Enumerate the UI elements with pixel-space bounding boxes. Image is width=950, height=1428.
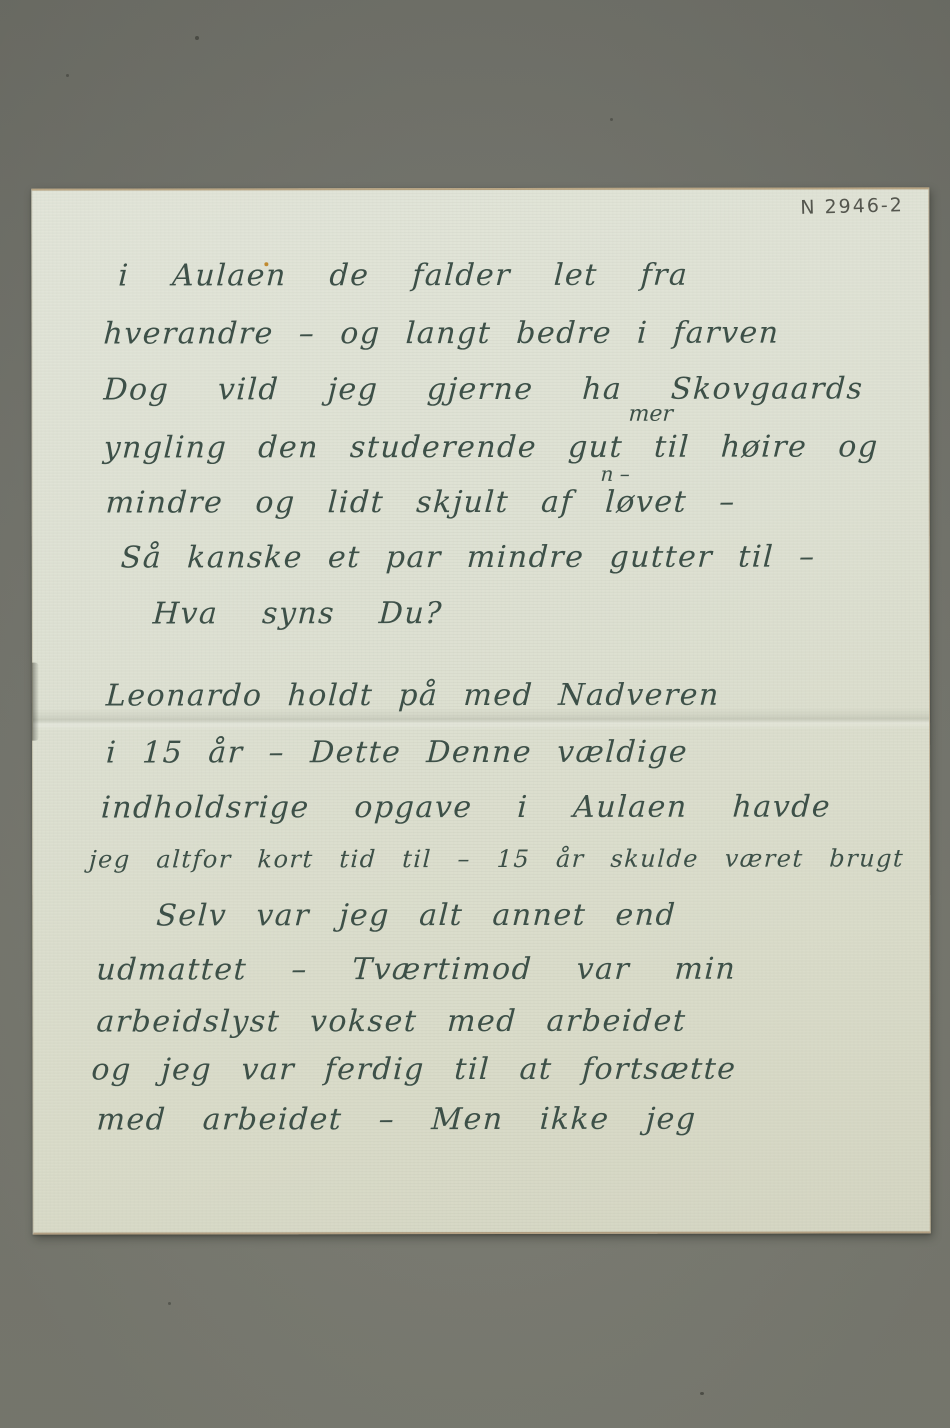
handwriting-line: og jeg var ferdig til at fortsætte	[91, 1052, 738, 1088]
handwriting-line: i 15 år – Dette Denne vældige	[105, 735, 677, 771]
letter-paper: N 2946-2 i Aulaen de falder let fra hver…	[31, 187, 930, 1234]
photo-background: N 2946-2 i Aulaen de falder let fra hver…	[0, 0, 950, 1428]
dust-speck	[195, 36, 199, 40]
handwriting-line: indholdsrige opgave i Aulaen havde	[100, 790, 832, 826]
catalog-number: N 2946-2	[800, 194, 904, 219]
handwriting-line: yngling den studerende gut til høire og	[103, 429, 880, 465]
dust-speck	[168, 1302, 171, 1305]
dust-speck	[66, 74, 69, 77]
handwriting-line: arbeidslyst vokset med arbeidet	[96, 1004, 688, 1040]
handwriting-line: Selv var jeg alt annet end	[155, 898, 677, 934]
handwriting-line: Leonardo holdt på med Nadveren	[105, 678, 717, 714]
handwriting-line: mindre og lidt skjult af løvet –	[105, 485, 737, 521]
dust-speck	[700, 1392, 704, 1395]
dust-speck	[610, 118, 613, 121]
handwriting-line: udmattet – Tværtimod var min	[95, 952, 737, 988]
handwriting-line: Så kanske et par mindre gutter til –	[120, 540, 767, 576]
handwriting-line: jeg altfor kort tid til – 15 år skulde v…	[88, 844, 904, 873]
inserted-word: mer	[628, 402, 674, 427]
handwriting-line: i Aulaen de falder let fra	[117, 258, 689, 294]
fold-edge-shadow	[32, 663, 39, 741]
handwriting-line: hverandre – og langt bedre i farven	[103, 316, 725, 352]
inserted-mark: n –	[600, 462, 630, 486]
handwriting-line: Dog vild jeg gjerne ha Skovgaards	[103, 371, 865, 407]
handwriting-line: Hva syns Du?	[152, 596, 444, 631]
handwriting-line: med arbeidet – Men ikke jeg	[96, 1102, 698, 1138]
